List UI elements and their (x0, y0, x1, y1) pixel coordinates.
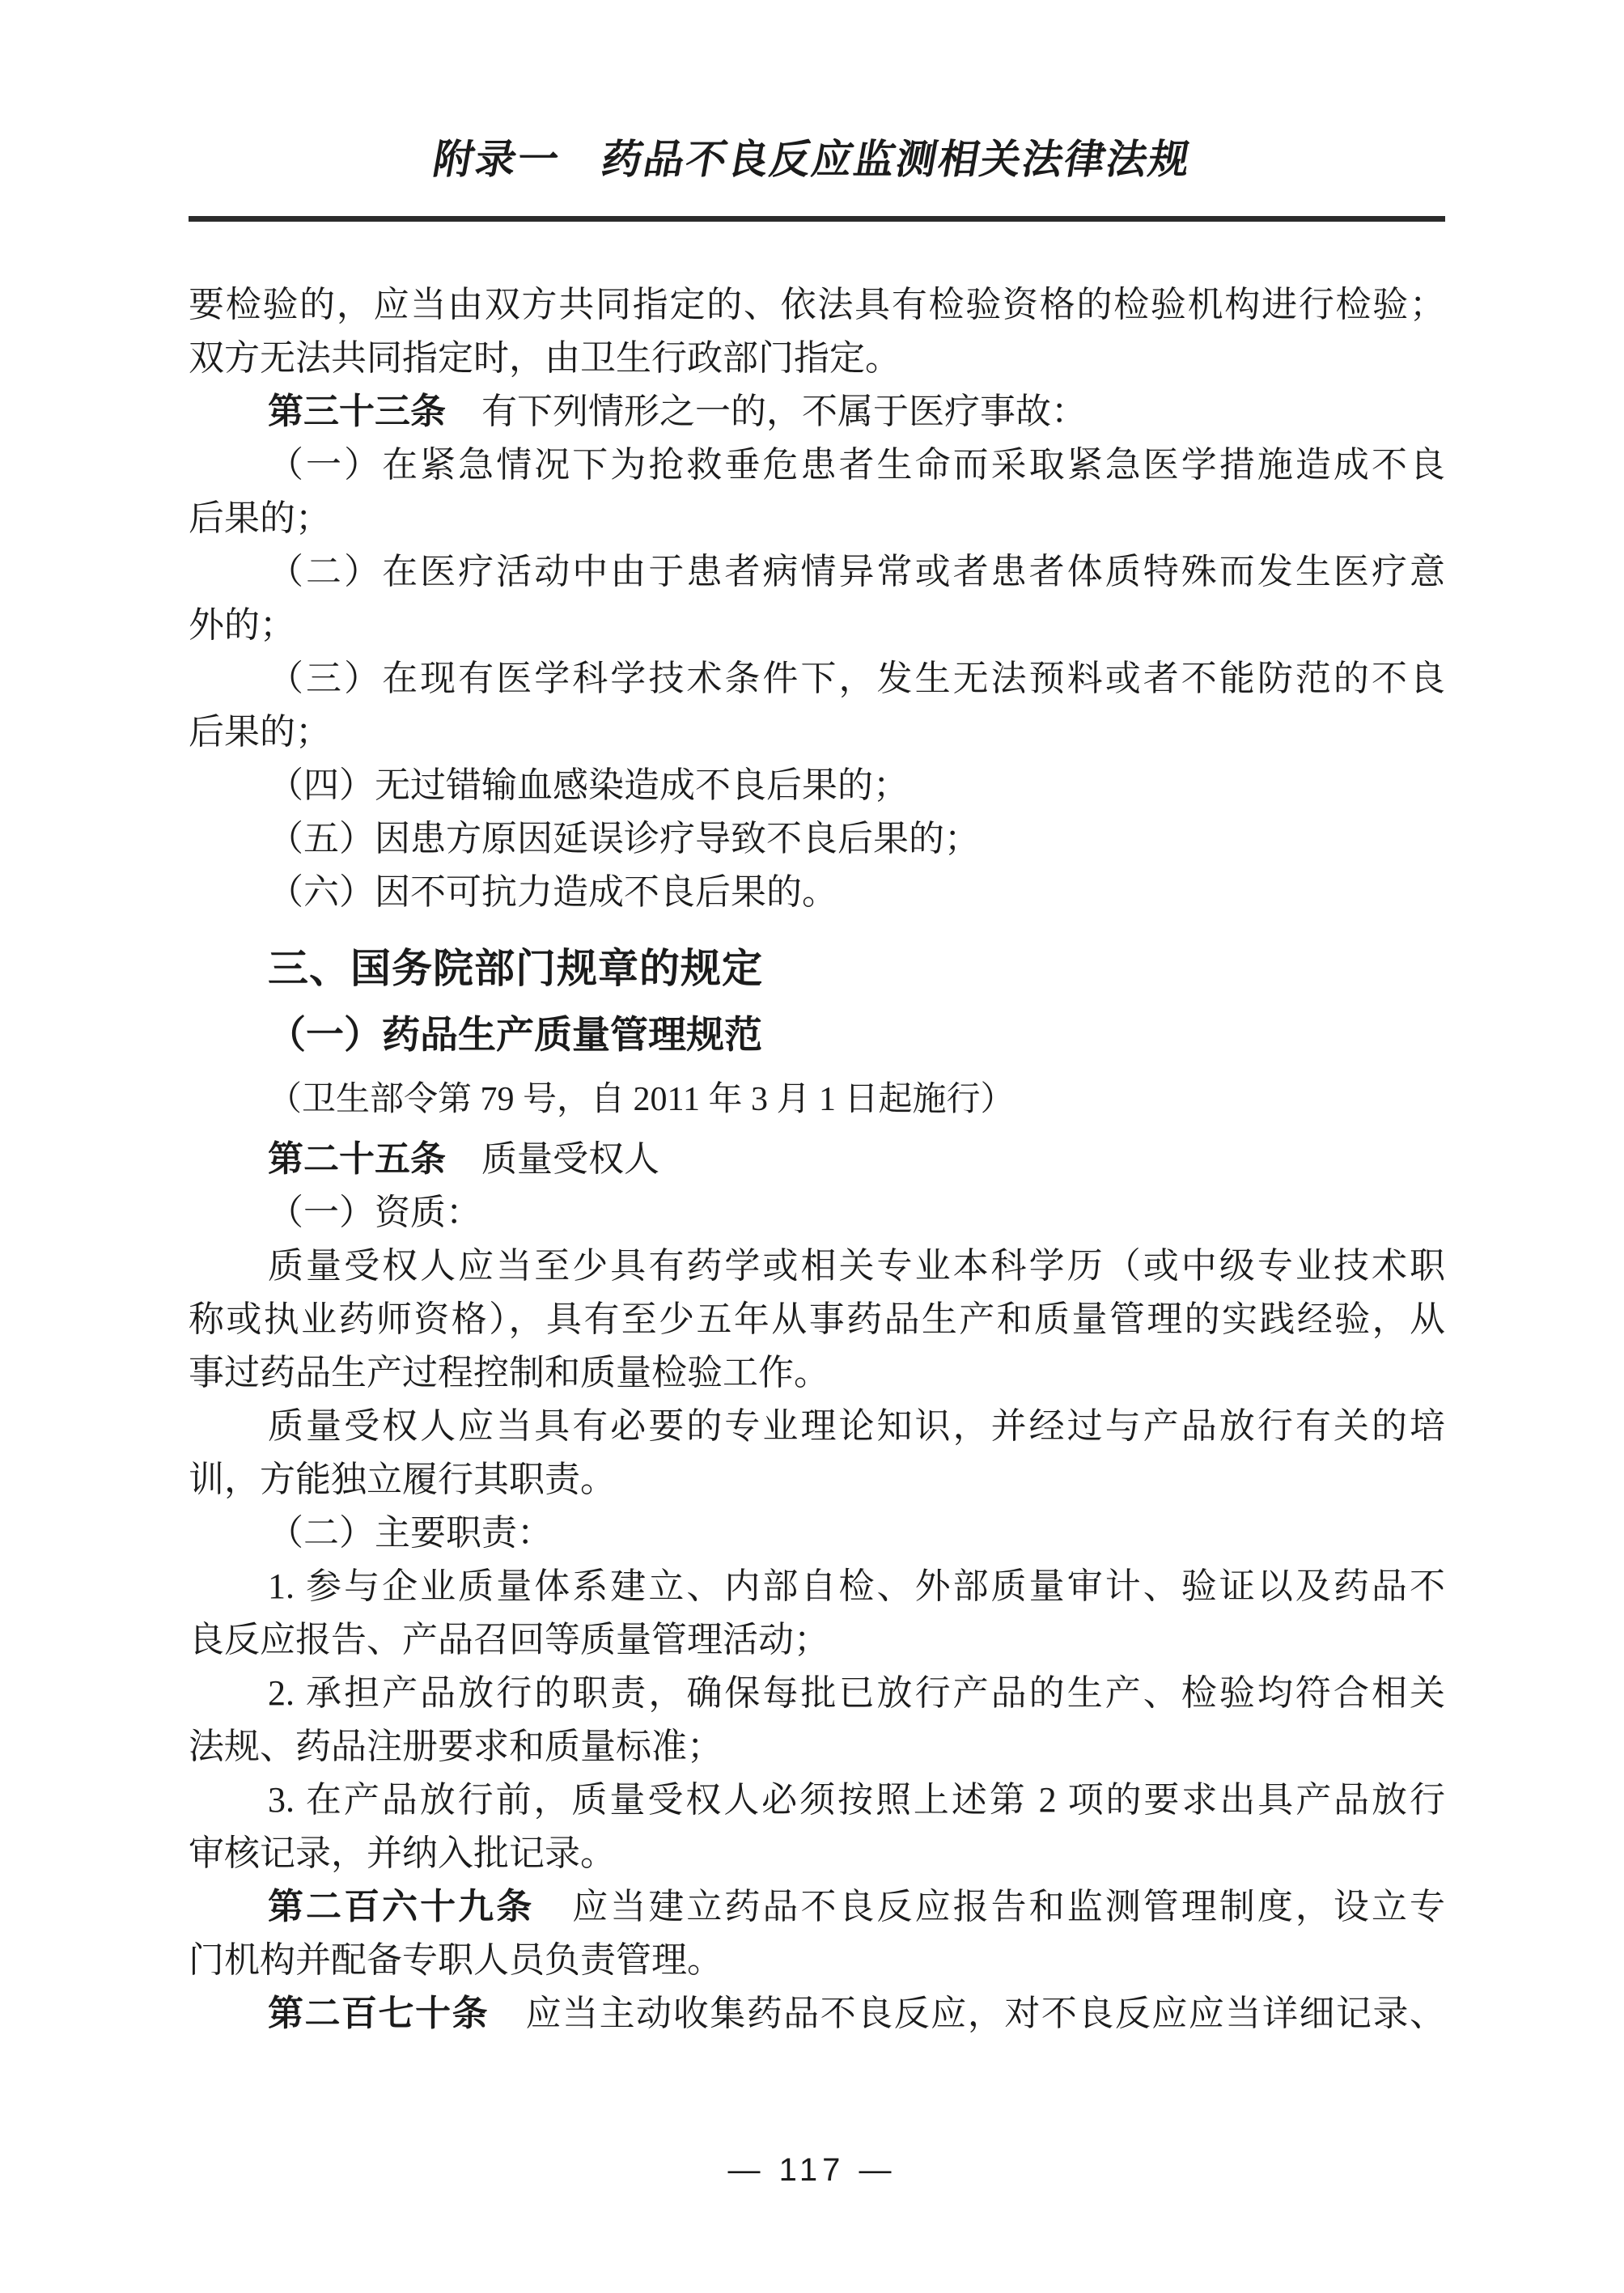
body-line: （一）资质： (189, 1186, 1445, 1240)
body-line: （五）因患方原因延误诊疗导致不良后果的； (189, 812, 1445, 866)
line-text: 双方无法共同指定时，由卫生行政部门指定。 (189, 338, 901, 378)
line-text: 三、国务院部门规章的规定 (268, 946, 763, 991)
line-text: 良反应报告、产品召回等质量管理活动； (189, 1620, 829, 1659)
body-line: 第二百六十九条 应当建立药品不良反应报告和监测管理制度，设立专 (189, 1880, 1445, 1934)
body-line: 质量受权人应当具有必要的专业理论知识，并经过与产品放行有关的培 (189, 1400, 1445, 1453)
body-line: （二）在医疗活动中由于患者病情异常或者患者体质特殊而发生医疗意 (189, 545, 1445, 599)
body-line: 良反应报告、产品召回等质量管理活动； (189, 1613, 1445, 1667)
line-text: （四）无过错输血感染造成不良后果的； (268, 765, 909, 805)
page-number: — 117 — (0, 2151, 1624, 2189)
line-text: 后果的； (189, 712, 331, 752)
body-line: 3. 在产品放行前，质量受权人必须按照上述第 2 项的要求出具产品放行 (189, 1774, 1445, 1827)
body-line: 第二十五条 质量受权人 (189, 1133, 1445, 1186)
body-line: 门机构并配备专职人员负责管理。 (189, 1934, 1445, 1987)
line-text: 1. 参与企业质量体系建立、内部自检、外部质量审计、验证以及药品不 (268, 1566, 1445, 1606)
line-text: （二）主要职责： (268, 1513, 553, 1553)
line-text: 有下列情形之一的，不属于医疗事故： (446, 392, 1087, 431)
body-line: 称或执业药师资格），具有至少五年从事药品生产和质量管理的实践经验，从 (189, 1293, 1445, 1346)
body-line: 事过药品生产过程控制和质量检验工作。 (189, 1346, 1445, 1400)
line-text: 后果的； (189, 498, 331, 538)
line-text: （五）因患方原因延误诊疗导致不良后果的； (268, 819, 980, 858)
body-line: （六）因不可抗力造成不良后果的。 (189, 866, 1445, 919)
line-text: 称或执业药师资格），具有至少五年从事药品生产和质量管理的实践经验，从 (189, 1299, 1445, 1339)
article-number: 第三十三条 (268, 392, 446, 431)
line-text: 质量受权人应当至少具有药学或相关专业本科学历（或中级专业技术职 (268, 1246, 1445, 1286)
body-line: 审核记录，并纳入批记录。 (189, 1827, 1445, 1880)
body-line: 后果的； (189, 706, 1445, 759)
line-text: 3. 在产品放行前，质量受权人必须按照上述第 2 项的要求出具产品放行 (268, 1780, 1445, 1820)
effective-date-note: （卫生部令第 79 号，自 2011 年 3 月 1 日起施行） (189, 1066, 1445, 1133)
body-line: 2. 承担产品放行的职责，确保每批已放行产品的生产、检验均符合相关 (189, 1667, 1445, 1720)
line-text: （三）在现有医学科学技术条件下，发生无法预料或者不能防范的不良 (268, 659, 1445, 698)
line-text: 审核记录，并纳入批记录。 (189, 1833, 616, 1873)
line-text: 法规、药品注册要求和质量标准； (189, 1727, 723, 1766)
body-line: 第二百七十条 应当主动收集药品不良反应，对不良反应应当详细记录、 (189, 1987, 1445, 2041)
article-number: 第二十五条 (268, 1139, 446, 1179)
line-text: 应当建立药品不良反应报告和监测管理制度，设立专 (534, 1887, 1445, 1926)
section-heading: 三、国务院部门规章的规定 (189, 934, 1445, 1003)
page-header: 附录一 药品不良反应监测相关法律法规 (0, 136, 1624, 183)
body-line: 质量受权人应当至少具有药学或相关专业本科学历（或中级专业技术职 (189, 1240, 1445, 1293)
line-text: 质量受权人应当具有必要的专业理论知识，并经过与产品放行有关的培 (268, 1406, 1445, 1446)
body-line: （四）无过错输血感染造成不良后果的； (189, 759, 1445, 812)
body-line: （三）在现有医学科学技术条件下，发生无法预料或者不能防范的不良 (189, 652, 1445, 706)
article-number: 第二百六十九条 (268, 1887, 534, 1926)
body-line: 外的； (189, 599, 1445, 652)
body-line: 法规、药品注册要求和质量标准； (189, 1720, 1445, 1774)
line-text: （六）因不可抗力造成不良后果的。 (268, 872, 837, 912)
line-text: 事过药品生产过程控制和质量检验工作。 (189, 1353, 829, 1392)
body-line: 1. 参与企业质量体系建立、内部自检、外部质量审计、验证以及药品不 (189, 1560, 1445, 1613)
body-line: 后果的； (189, 492, 1445, 545)
line-text: 要检验的，应当由双方共同指定的、依法具有检验资格的检验机构进行检验； (189, 285, 1445, 324)
line-text: 质量受权人 (446, 1139, 659, 1179)
page: 附录一 药品不良反应监测相关法律法规 要检验的，应当由双方共同指定的、依法具有检… (0, 0, 1624, 2293)
line-text: （一）药品生产质量管理规范 (268, 1013, 762, 1056)
line-text: （一）资质： (268, 1193, 481, 1232)
line-text: （二）在医疗活动中由于患者病情异常或者患者体质特殊而发生医疗意 (268, 552, 1445, 591)
body-line: 双方无法共同指定时，由卫生行政部门指定。 (189, 332, 1445, 385)
line-text: 门机构并配备专职人员负责管理。 (189, 1940, 723, 1980)
body-line: 第三十三条 有下列情形之一的，不属于医疗事故： (189, 385, 1445, 439)
line-text: （一）在紧急情况下为抢救垂危患者生命而采取紧急医学措施造成不良 (268, 445, 1445, 485)
line-text: 应当主动收集药品不良反应，对不良反应应当详细记录、 (489, 1994, 1445, 2033)
header-rule (189, 216, 1445, 222)
document-body: 要检验的，应当由双方共同指定的、依法具有检验资格的检验机构进行检验；双方无法共同… (189, 278, 1445, 2041)
body-line: 训，方能独立履行其职责。 (189, 1453, 1445, 1507)
line-text: 训，方能独立履行其职责。 (189, 1460, 616, 1499)
line-text: 2. 承担产品放行的职责，确保每批已放行产品的生产、检验均符合相关 (268, 1673, 1445, 1713)
body-line: 要检验的，应当由双方共同指定的、依法具有检验资格的检验机构进行检验； (189, 278, 1445, 332)
page-header-title: 附录一 药品不良反应监测相关法律法规 (429, 136, 1194, 183)
body-line: （一）在紧急情况下为抢救垂危患者生命而采取紧急医学措施造成不良 (189, 439, 1445, 492)
subsection-heading: （一）药品生产质量管理规范 (189, 1003, 1445, 1066)
article-number: 第二百七十条 (268, 1994, 489, 2033)
body-line: （二）主要职责： (189, 1507, 1445, 1560)
line-text: 外的； (189, 605, 295, 645)
line-text: （卫生部令第 79 号，自 2011 年 3 月 1 日起施行） (268, 1081, 1014, 1118)
